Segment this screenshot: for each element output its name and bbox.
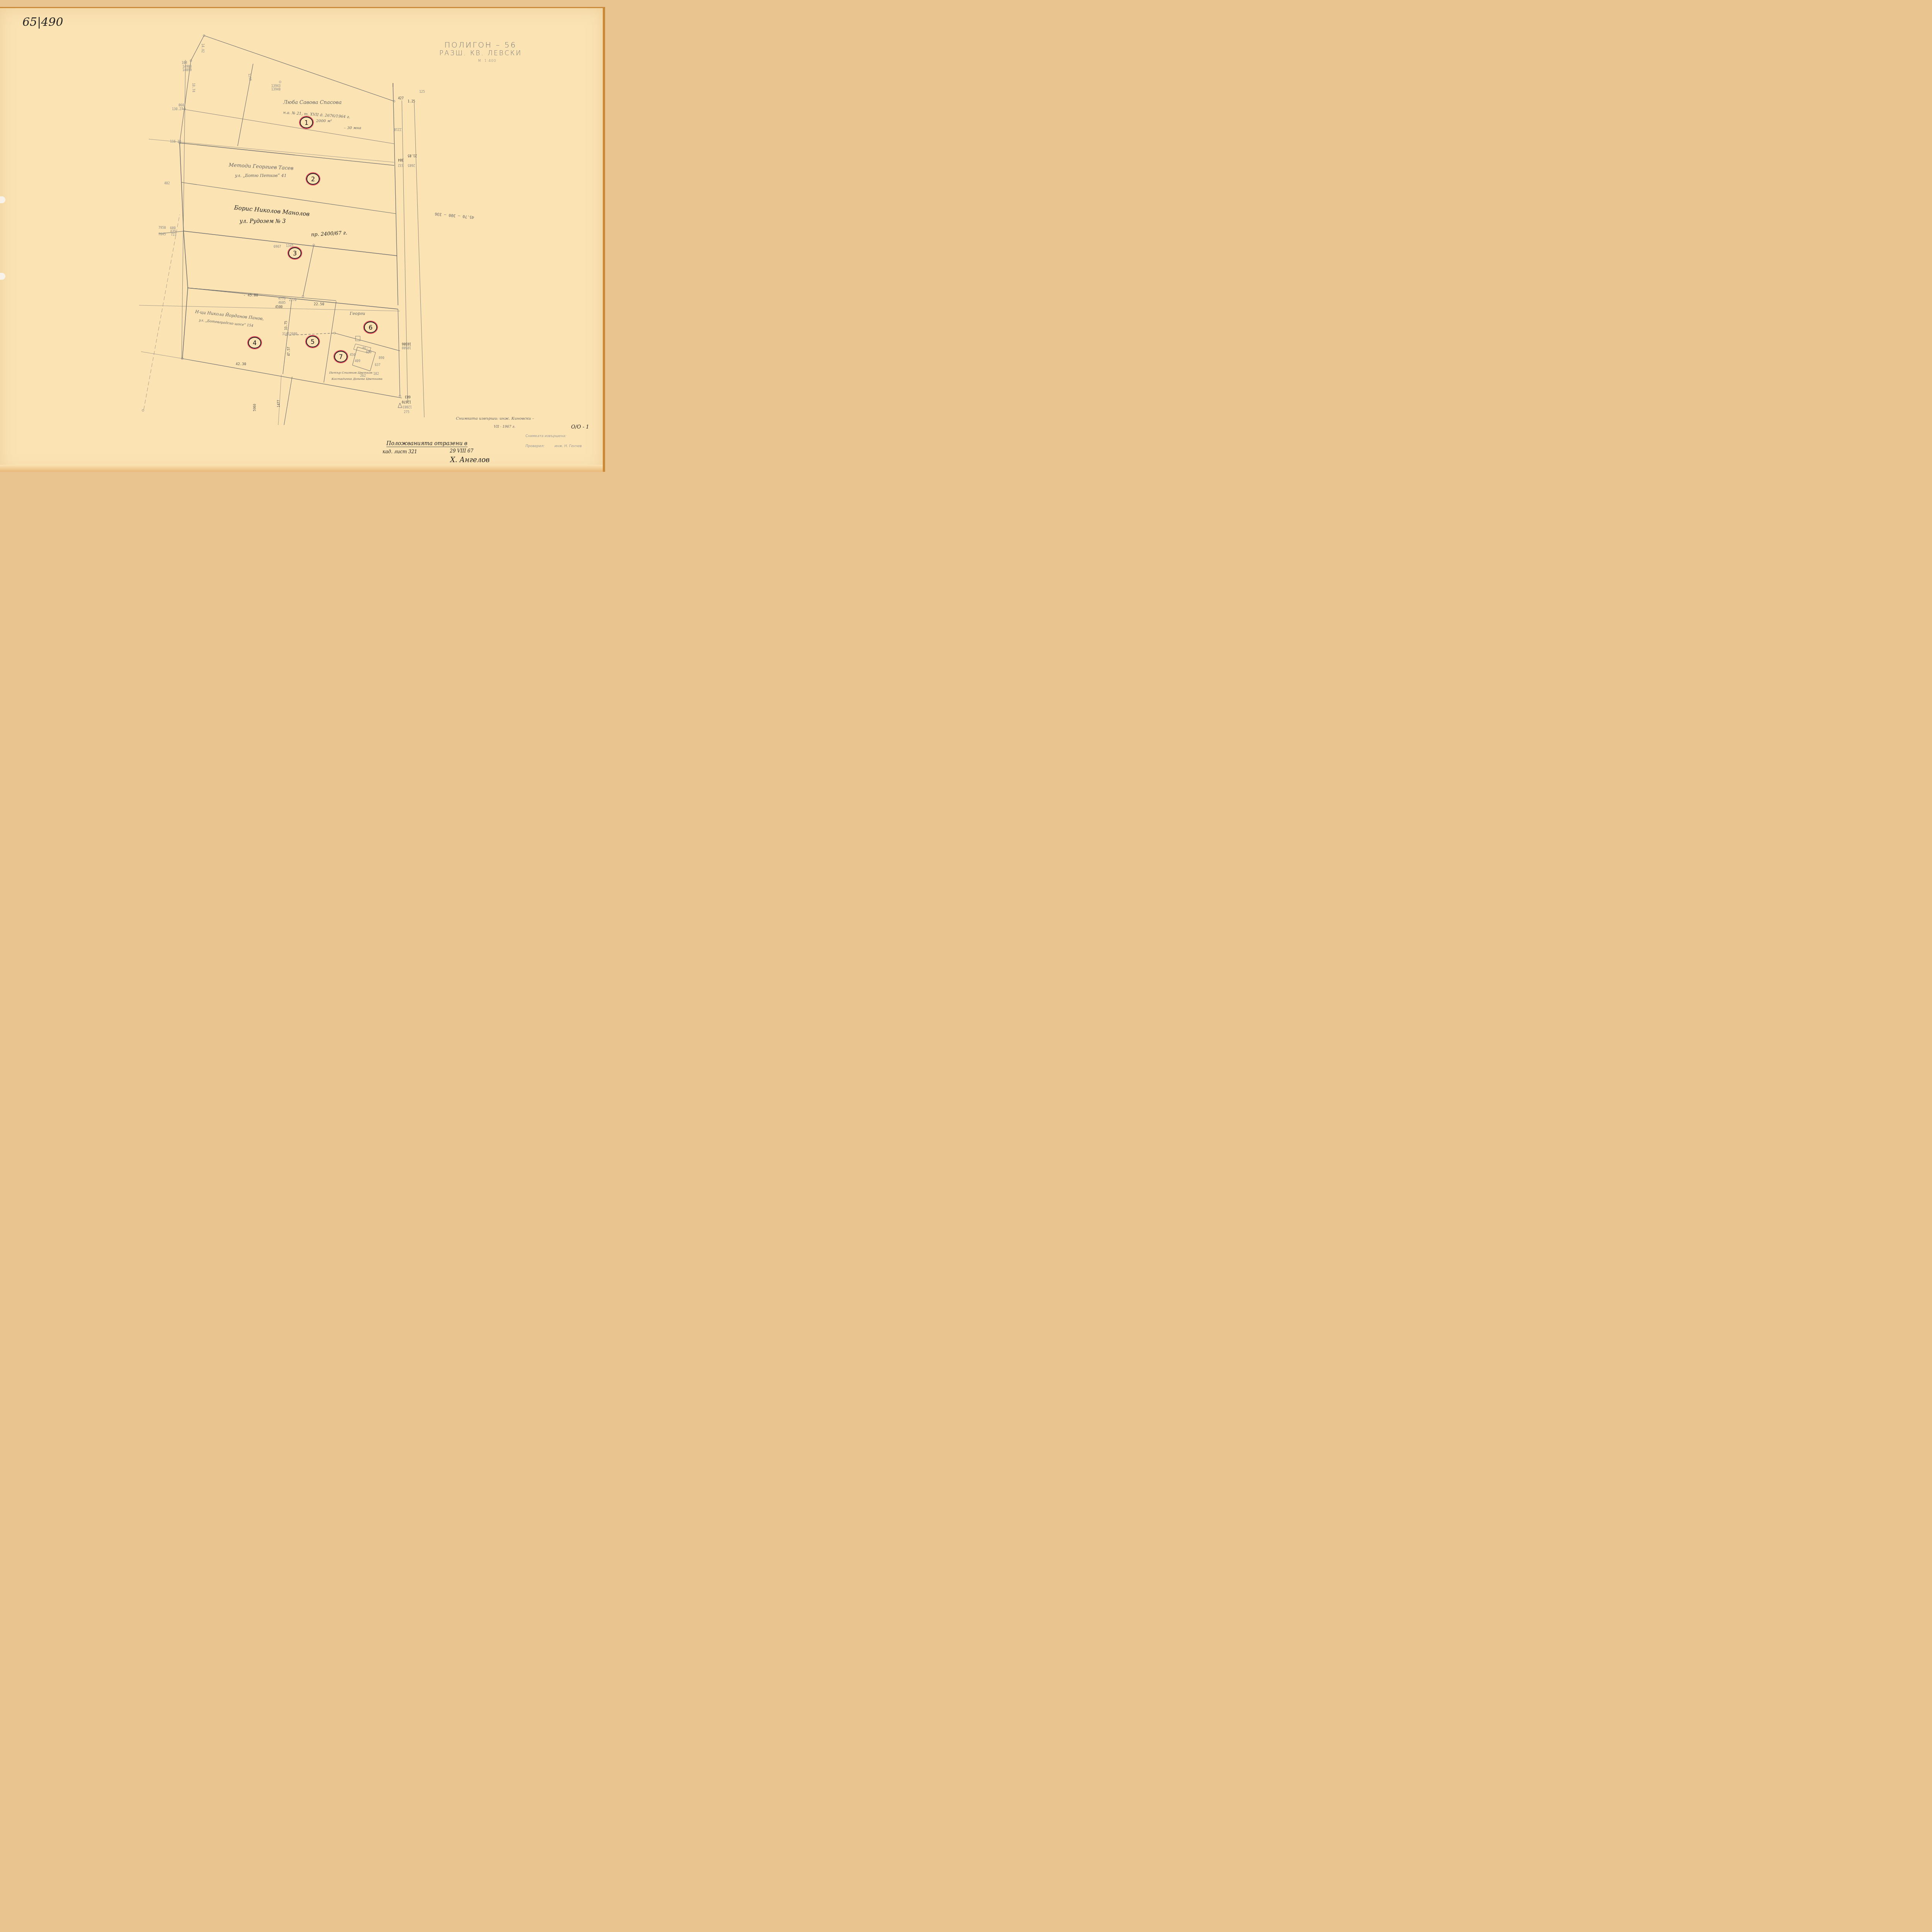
parcel-6-owner: Георги	[350, 311, 365, 316]
dim-label: 2080	[290, 332, 297, 336]
dim-label: 680	[366, 350, 371, 354]
note-line-2: кад. лист 321	[383, 449, 417, 454]
dim-label: 262	[360, 374, 366, 378]
dim-label: 42.30	[236, 362, 246, 366]
dim-label: 2218	[394, 128, 401, 131]
parcel-5-badge: 5	[306, 336, 319, 347]
dim-label: 3145	[282, 332, 289, 336]
surveyor-line: Снимката извърши: инж. Киновски –	[456, 417, 534, 421]
dim-label: 13943	[271, 84, 281, 88]
dim-label: 12670	[402, 400, 411, 403]
dim-label: 14.02	[201, 43, 204, 53]
parcel-1-badge: 1	[300, 117, 313, 128]
sheet-title: ПОЛИГОН – 56	[444, 40, 517, 49]
dim-label: 7950	[158, 226, 166, 230]
checked-by: инж. Н. Генчев	[554, 444, 582, 448]
survey-drawing	[0, 0, 606, 471]
parcel-3-badge: 3	[288, 247, 301, 259]
dim-label: 12883	[403, 405, 412, 408]
parcel-1-area: 2000 м²	[316, 119, 332, 123]
parcel-7-owner-2: Костадинка Донева Цветкова	[332, 377, 383, 381]
parcel-2-badge: 2	[306, 173, 320, 185]
dim-label: - 45.80 -	[243, 294, 262, 298]
boundary-east	[393, 83, 398, 305]
parcel-4-badge: 4	[248, 337, 261, 349]
dim-label: 2270	[289, 298, 296, 302]
parcel-1-owner: Люба Савова Спасова	[283, 100, 342, 105]
dim-label: 427	[398, 97, 403, 100]
dim-label: 450	[350, 353, 355, 357]
dim-label: 532	[398, 163, 403, 167]
dim-label: 4776	[278, 297, 286, 300]
parcel-6-badge: 6	[364, 321, 377, 333]
parcel-3-address: ул. Рудозем № 3	[240, 218, 286, 224]
note-signature: Х. Ангелов	[450, 456, 490, 464]
note-date: 29 VIII 67	[450, 448, 473, 454]
dim-label: 4500	[275, 305, 282, 309]
sheet-subtitle: РАЗШ. КВ. ЛЕВСКИ	[439, 49, 522, 57]
sheet-scale: М. 1:400	[478, 59, 496, 63]
dim-label: 060	[179, 104, 184, 107]
dim-label: 10580	[402, 346, 411, 349]
parcel-7-badge: 7	[334, 351, 347, 362]
boundary-north	[204, 36, 394, 101]
dim-label: 275	[404, 410, 409, 414]
parcel-7-owner: Петър Стоянов Цветков	[329, 371, 372, 374]
sheet-code: О/О - 1	[571, 424, 589, 430]
note-line-1: Положванията отразени в	[386, 440, 468, 447]
dim-label: 10386	[402, 342, 411, 345]
dim-label: 22.50	[314, 303, 324, 306]
dim-label: 6967	[274, 245, 281, 248]
dim-label: 1.25	[408, 100, 415, 103]
dim-label: 14903	[182, 65, 192, 68]
dim-label: 409	[355, 359, 360, 363]
dim-label: 384	[398, 158, 403, 162]
dim-label: 13940	[271, 88, 281, 91]
dim-label: 402	[164, 182, 170, 185]
dim-label: 4605	[278, 301, 286, 304]
parcel-1-note: – 30 мна	[344, 126, 361, 130]
dim-label: 14899	[182, 68, 192, 72]
file-number: 65|490	[22, 15, 63, 29]
checked-label: Проверил:	[526, 444, 544, 448]
dim-label: 2685	[408, 163, 415, 167]
dim-label: 1477	[277, 400, 281, 407]
dim-label: 47.57	[287, 347, 291, 356]
dim-label: 723	[171, 233, 176, 236]
completed-label: Снимката извършена:	[526, 434, 566, 438]
dim-label: 18.74	[192, 83, 195, 92]
parcel-2-address: ул. „Ботю Петков“ 41	[235, 173, 287, 178]
dim-label: 890	[379, 356, 384, 360]
building-label: пс.	[362, 346, 368, 350]
dim-label: 21.85	[408, 154, 417, 157]
dim-label: 125	[419, 90, 425, 94]
surveyor-date: VII - 1967 г.	[494, 425, 515, 429]
dim-label: 104	[182, 61, 187, 65]
dim-label: 1345	[286, 244, 293, 248]
dim-label: 637	[375, 363, 380, 367]
dim-label: 182	[373, 372, 379, 376]
dim-label: 33.75	[284, 321, 288, 330]
dim-label: 130.27	[172, 107, 183, 111]
dim-label: 683	[405, 395, 410, 398]
dim-label: 116 38	[170, 140, 181, 143]
dim-label: 5960	[253, 404, 257, 411]
dim-label: 680	[170, 226, 175, 230]
dim-label: 7645	[158, 233, 166, 236]
boundary-west	[180, 143, 188, 359]
